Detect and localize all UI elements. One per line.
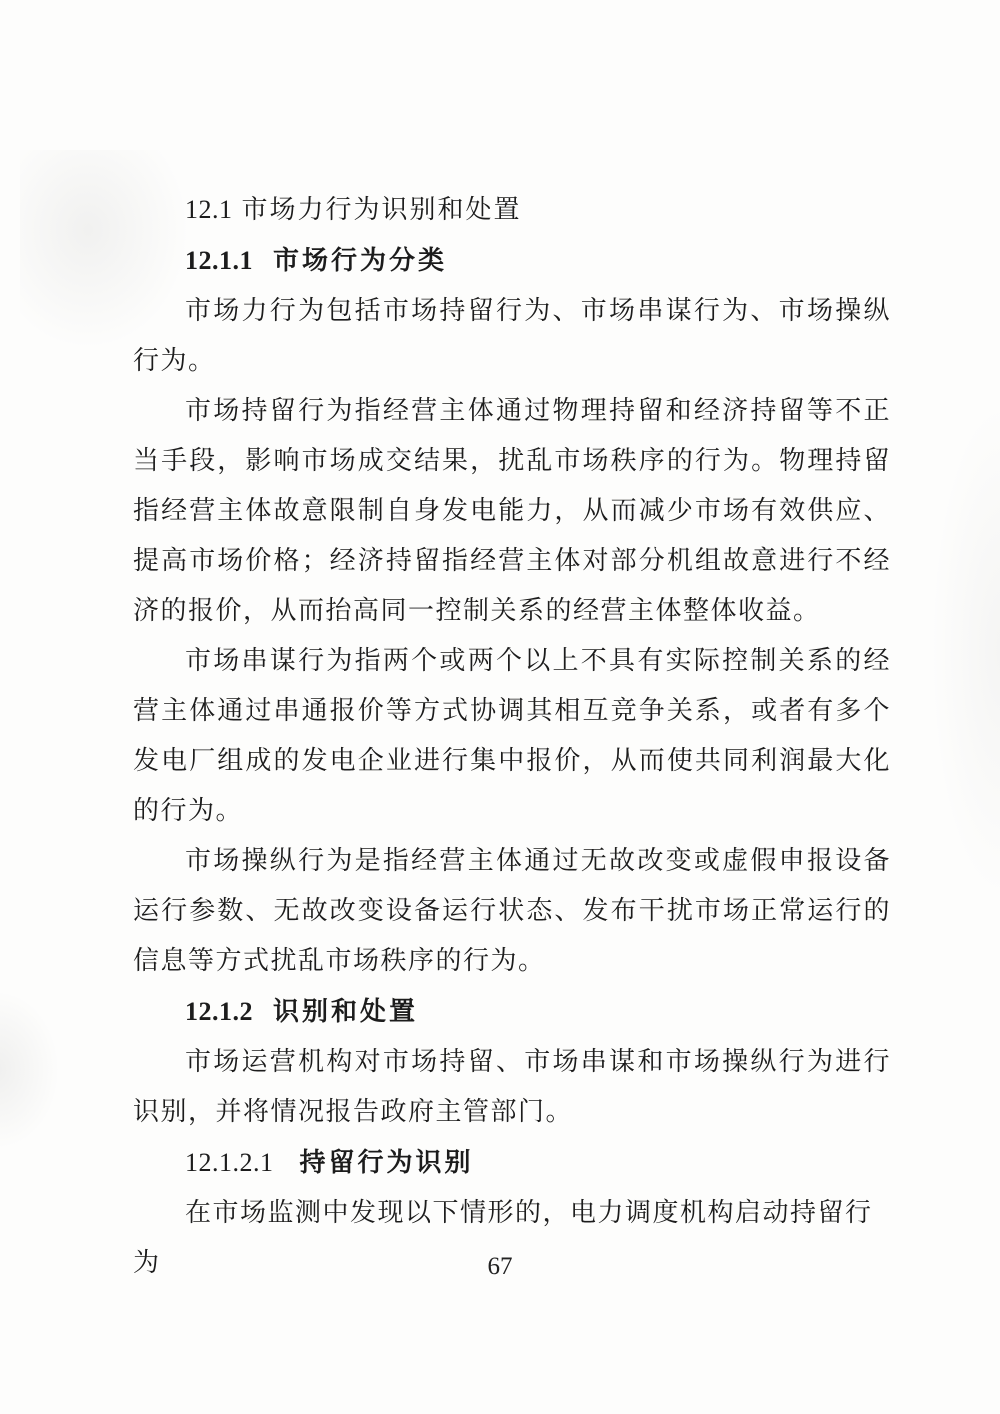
section-heading-12-1-2: 12.1.2识别和处置 — [133, 986, 891, 1037]
section-heading-12-1-2-1: 12.1.2.1持留行为识别 — [133, 1137, 891, 1188]
section-title-12-1-1: 市场行为分类 — [273, 245, 447, 275]
section-number-12-1-1: 12.1.1 — [185, 246, 253, 275]
paragraph-identification-reporting: 市场运营机构对市场持留、市场串谋和市场操纵行为进行识别，并将情况报告政府主管部门… — [133, 1037, 891, 1137]
section-heading-12-1: 12.1市场力行为识别和处置 — [133, 185, 891, 235]
paragraph-withholding-definition: 市场持留行为指经营主体通过物理持留和经济持留等不正当手段，影响市场成交结果，扰乱… — [133, 386, 891, 636]
document-body: 12.1市场力行为识别和处置 12.1.1市场行为分类 市场力行为包括市场持留行… — [133, 185, 891, 1288]
page-number: 67 — [0, 1247, 1000, 1287]
section-title-12-1-2-1: 持留行为识别 — [300, 1147, 474, 1177]
paragraph-market-behavior-classification: 市场力行为包括市场持留行为、市场串谋行为、市场操纵行为。 — [133, 286, 891, 386]
paragraph-collusion-definition: 市场串谋行为指两个或两个以上不具有实际控制关系的经营主体通过串通报价等方式协调其… — [133, 636, 891, 836]
section-number-12-1: 12.1 — [185, 195, 233, 224]
section-title-12-1-2: 识别和处置 — [273, 996, 418, 1026]
section-title-12-1: 市场力行为识别和处置 — [242, 195, 522, 224]
document-page: 12.1市场力行为识别和处置 12.1.1市场行为分类 市场力行为包括市场持留行… — [0, 0, 1000, 1414]
section-number-12-1-2: 12.1.2 — [185, 997, 253, 1026]
paragraph-manipulation-definition: 市场操纵行为是指经营主体通过无故改变或虚假申报设备运行参数、无故改变设备运行状态… — [133, 836, 891, 986]
scan-smudge — [0, 990, 60, 1150]
section-heading-12-1-1: 12.1.1市场行为分类 — [133, 235, 891, 286]
scan-smudge — [930, 400, 1000, 900]
section-number-12-1-2-1: 12.1.2.1 — [185, 1148, 274, 1177]
